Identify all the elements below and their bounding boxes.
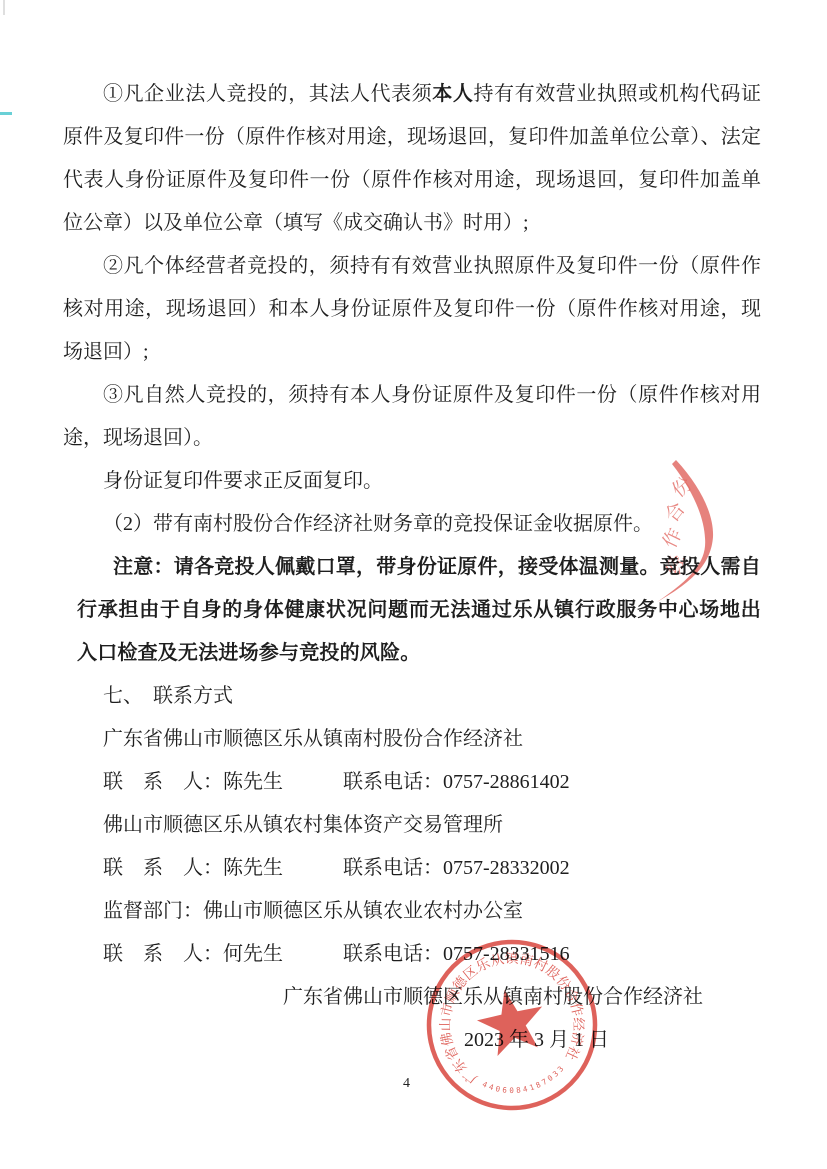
official-seal-edge-partial: 份 合 作 经 [640, 450, 827, 605]
paragraph-item2: ②凡个体经营者竞投的，须持有有效营业执照原件及复印件一份（原件作核对用途，现场退… [63, 245, 761, 374]
contact-supervisor-dept: 监督部门：佛山市顺德区乐从镇农业农村办公室 [63, 890, 761, 933]
contact-person-2: 联 系 人：陈先生 联系电话：0757-28332002 [63, 847, 761, 890]
edge-seal-char-1: 份 [668, 473, 697, 502]
seal-star-icon [472, 983, 550, 1059]
item1-text-post: 持有有效营业执照或机构代码证原件及复印件一份（原件作核对用途，现场退回，复印件加… [63, 83, 761, 234]
edge-seal-char-4: 经 [663, 553, 689, 577]
contact-org-1: 广东省佛山市顺德区乐从镇南村股份合作经济社 [63, 718, 761, 761]
page-number: 4 [403, 1076, 410, 1092]
section-heading-contact: 七、 联系方式 [63, 675, 761, 718]
signature-date: 2023 年 3 月 1 日 [63, 1019, 761, 1062]
signature-organization: 广东省佛山市顺德区乐从镇南村股份合作经济社 [63, 976, 761, 1019]
contact-org-2: 佛山市顺德区乐从镇农村集体资产交易管理所 [63, 804, 761, 847]
contact-person-3: 联 系 人：何先生 联系电话：0757-28331516 [63, 933, 761, 976]
edge-seal-char-3: 作 [659, 525, 687, 552]
paragraph-item3: ③凡自然人竞投的，须持有本人身份证原件及复印件一份（原件作核对用途，现场退回）。 [63, 374, 761, 460]
scan-artifact-cyan-dash [0, 112, 12, 115]
item1-bold-text: 本人 [432, 83, 473, 105]
contact-person-1: 联 系 人：陈先生 联系电话：0757-28861402 [63, 761, 761, 804]
official-seal-bottom: 广东省佛山市顺德区乐从镇南村股份合作经济社 4406084187033 [425, 938, 605, 1118]
paragraph-item1: ①凡企业法人竞投的，其法人代表须本人持有有效营业执照或机构代码证原件及复印件一份… [63, 73, 761, 245]
edge-seal-char-2: 合 [661, 498, 690, 527]
item1-text-pre: ①凡企业法人竞投的，其法人代表须 [103, 83, 432, 105]
scan-artifact-corner [3, 0, 5, 15]
document-page: ①凡企业法人竞投的，其法人代表须本人持有有效营业执照或机构代码证原件及复印件一份… [0, 0, 827, 1169]
